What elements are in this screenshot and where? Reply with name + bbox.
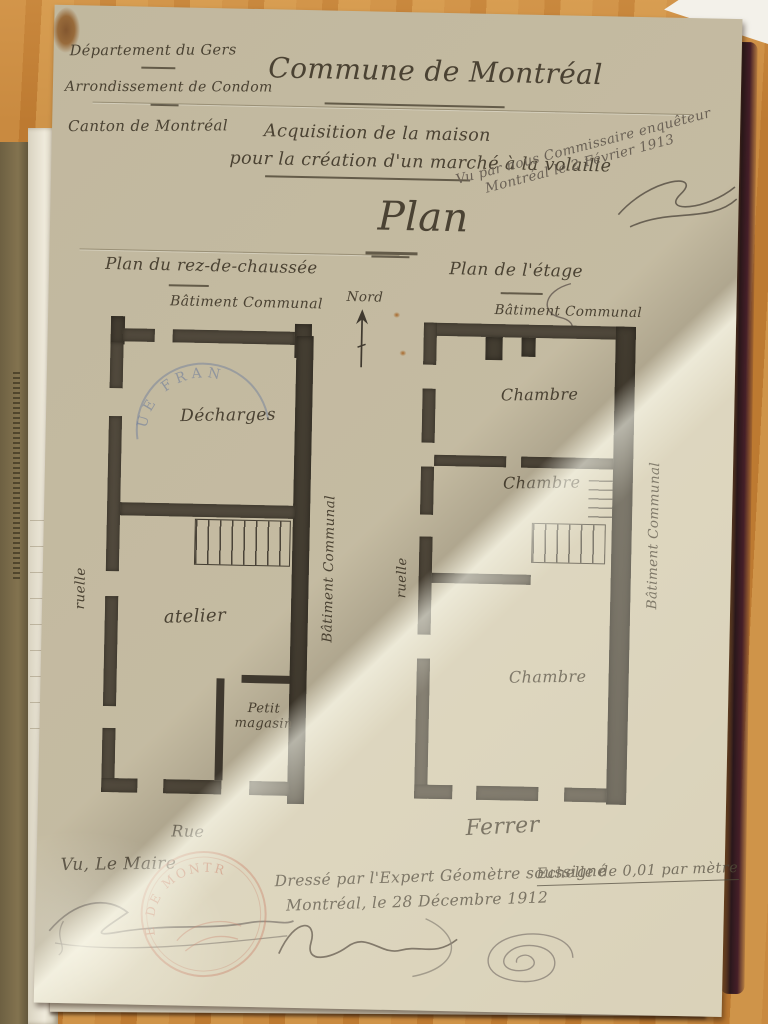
blue-stamp: UE FRAN [127, 354, 273, 445]
wall-segment [249, 781, 289, 796]
subject-underline [265, 175, 470, 181]
inspector-signature [610, 166, 742, 249]
chimney-stub [485, 337, 502, 360]
room-label-chambre-2: Chambre [487, 472, 597, 493]
paper-freckle [393, 312, 400, 318]
wall-segment [606, 327, 636, 805]
wall-segment [423, 323, 437, 365]
underline [151, 104, 179, 106]
room-label-petit-magasin: Petit magasin [223, 700, 304, 732]
spiral-doodle [454, 917, 596, 1004]
wall-segment [432, 573, 531, 585]
gf-ruelle-label: ruelle [72, 537, 90, 609]
first-floor-title: Plan de l'étage [449, 259, 689, 284]
wall-segment [103, 596, 118, 706]
petit-line2: magasin [223, 715, 303, 732]
svg-text:E DE MONTR: E DE MONTR [129, 853, 240, 938]
wall-segment [422, 389, 436, 443]
wall-segment [173, 329, 295, 345]
underline [141, 67, 175, 69]
arrondissement-line: Arrondissement de Condom [65, 79, 273, 96]
ff-title-underline [501, 292, 543, 294]
folder-printed-text [13, 372, 20, 582]
room-label-atelier: atelier [164, 605, 227, 628]
ground-floor-top-label: Bâtiment Communal [146, 293, 346, 313]
gf-batiment-right-label: Bâtiment Communal [319, 442, 339, 642]
wall-segment [434, 455, 506, 468]
department-line: Département du Gers [70, 42, 237, 59]
wall-segment [163, 779, 221, 794]
plan-underline-2 [371, 255, 409, 257]
wall-segment [120, 502, 295, 519]
wall-segment [101, 778, 137, 793]
subject-line-1: Acquisition de la maison [264, 121, 491, 146]
wall-segment [123, 328, 155, 342]
wall-segment [414, 784, 452, 799]
wall-segment [420, 467, 434, 515]
wall-segment [106, 416, 122, 571]
commune-title: Commune de Montréal [268, 51, 569, 90]
north-arrow-icon [349, 307, 374, 369]
photo-scene: Département du Gers Arrondissement de Co… [0, 0, 768, 1024]
wall-segment [564, 788, 606, 803]
plan-title: Plan [348, 193, 499, 242]
chimney-stub [521, 338, 535, 357]
wall-segment [476, 786, 538, 801]
ground-floor-title: Plan du rez-de-chaussée [105, 254, 375, 279]
compass-label: Nord [346, 289, 383, 306]
room-label-decharges: Décharges [158, 404, 298, 426]
wall-segment [414, 658, 430, 798]
canton-line: Canton de Montréal [68, 116, 228, 135]
ff-street-label: Ferrer [465, 813, 540, 842]
folder-spine [0, 142, 30, 1024]
wall-segment [418, 537, 433, 635]
staircase [194, 519, 291, 567]
surveyor-signature [266, 907, 477, 983]
ff-batiment-right-label: Bâtiment Communal [644, 423, 664, 609]
room-label-chambre-3: Chambre [493, 666, 603, 687]
room-label-chambre-1: Chambre [484, 384, 594, 405]
staircase [531, 523, 606, 565]
ff-ruelle-label: ruelle [394, 532, 410, 598]
red-stamp-text: E DE MONTR [129, 853, 240, 938]
gf-title-underline [169, 284, 209, 286]
paper-freckle [399, 350, 406, 356]
petit-line1: Petit [224, 700, 304, 717]
partition-wall [241, 675, 289, 684]
wall-segment [521, 457, 613, 470]
plan-document: Département du Gers Arrondissement de Co… [34, 5, 743, 1017]
wall-segment [110, 342, 124, 388]
